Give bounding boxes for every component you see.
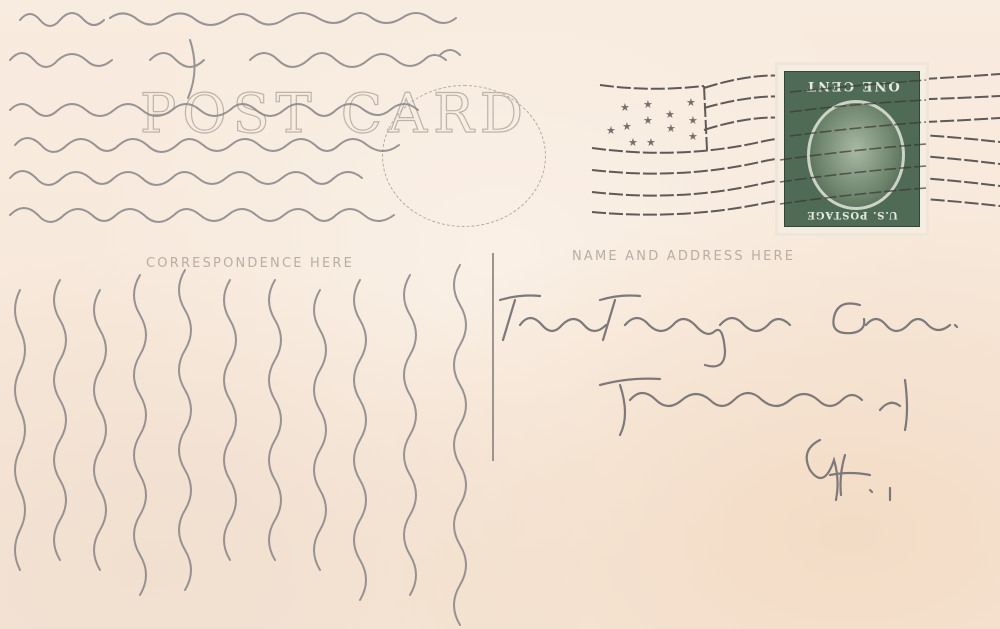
handwritten-address	[0, 0, 1000, 629]
postcard-back: POST CARD ★★★ ★★★ ★★★ ★★★ ONE CENT U.S. …	[0, 0, 1000, 629]
